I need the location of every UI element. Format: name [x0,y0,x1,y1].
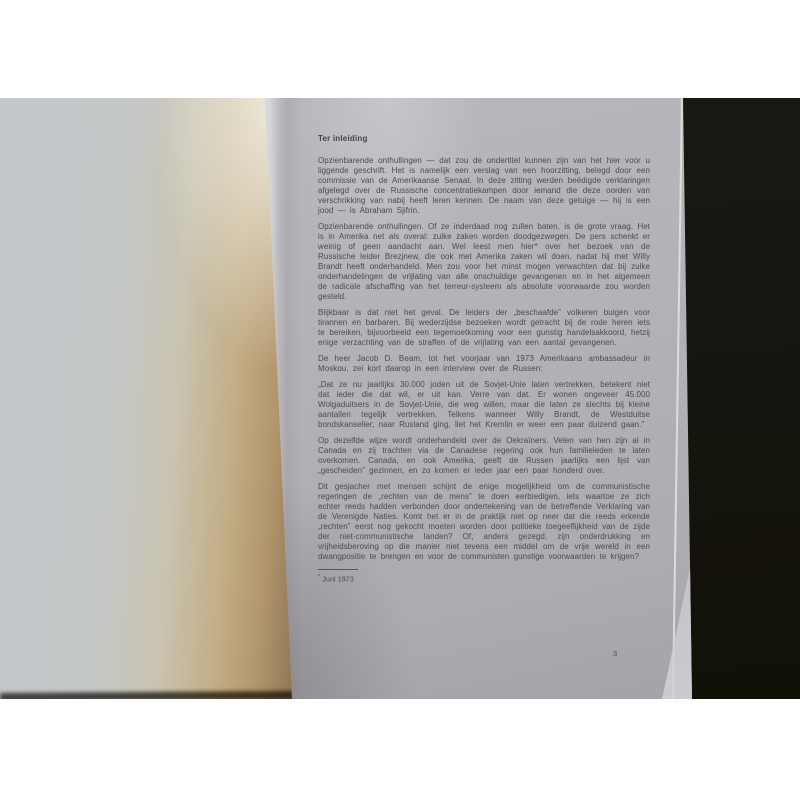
corner-fold [662,559,692,699]
page-bottom-shadow [0,691,296,699]
paragraph: De heer Jacob D. Beam, tot het voorjaar … [318,354,650,374]
body-paragraphs: Opzienbarende onthullingen — dat zou de … [318,156,650,562]
paragraph: Op dezelfde wijze wordt onderhandeld ove… [318,436,650,476]
paragraph: Dit gesjacher met mensen schijnt de enig… [318,482,650,562]
footnote-rule [318,569,358,570]
paragraph: „Dat ze nu jaarlijks 30.000 joden uit de… [318,380,650,430]
paragraph: Opzienbarende onthullingen — dat zou de … [318,156,650,216]
left-page [0,98,296,699]
page-number: 3 [613,649,617,658]
paragraph: Blijkbaar is dat niet het geval. De leid… [318,308,650,348]
text-block: Ter inleiding Opzienbarende onthullingen… [318,134,650,583]
text-page: Ter inleiding Opzienbarende onthullingen… [260,98,692,699]
page-title: Ter inleiding [318,134,650,143]
book-photo: Ter inleiding Opzienbarende onthullingen… [0,98,800,699]
footnote: * Juni 1973 [318,574,650,583]
footnote-marker: * [318,574,320,580]
footnote-text: Juni 1973 [322,574,354,583]
paragraph: Opzienbarende onthullingen. Of ze inderd… [318,222,650,302]
